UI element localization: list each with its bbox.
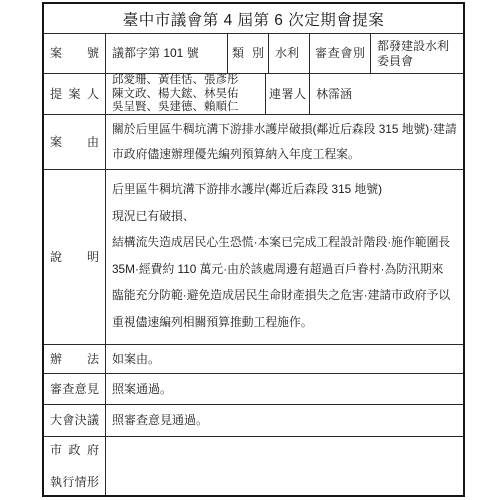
- subject-value: 關於后里區牛稠坑溝下游排水護岸破損(鄰近后森段 315 地號)·建請 市政府儘速…: [105, 115, 463, 169]
- committee-value: 都發建設水利委員會: [370, 34, 463, 73]
- description-value: 后里區牛稠坑溝下游排水護岸(鄰近后森段 315 地號)現況已有破損、 結構流失造…: [105, 170, 463, 344]
- resolution-value: 照審查意見通過。: [105, 405, 463, 436]
- review-label-cell: 審查意見: [44, 374, 105, 404]
- cosigner-label-cell: 連署人: [265, 74, 309, 114]
- subject-row: 案由 關於后里區牛稠坑溝下游排水護岸破損(鄰近后森段 315 地號)·建請 市政…: [44, 114, 463, 169]
- method-label: 辦法: [50, 352, 99, 367]
- committee-label: 審查會別: [315, 46, 365, 61]
- resolution-label: 大會決議: [50, 413, 99, 428]
- review-row: 審查意見 照案通過。: [44, 373, 463, 404]
- committee-label-cell: 審查會別: [309, 34, 370, 73]
- proposers-value: 邱愛珊、黃佳恬、張彥彤 陳文政、楊大鋐、林昊佑 吳呈賢、吳建德、賴順仁: [105, 74, 265, 114]
- case-number-label-cell: 案號: [44, 34, 105, 73]
- method-row: 辦法 如案由。: [44, 344, 463, 373]
- cosigner-value: 林霈涵: [309, 74, 463, 114]
- resolution-row: 大會決議 照審查意見通過。: [44, 404, 463, 436]
- case-number-row: 案號 議都字第 101 號 類別 水利 審查會別 都發建設水利委員會: [44, 33, 463, 73]
- document-title: 臺中市議會第 4 屆第 6 次定期會提案: [123, 8, 384, 30]
- execution-label-line2: 執行情形: [50, 475, 99, 490]
- category-value: 水利: [268, 34, 309, 73]
- proposers-row: 提案人 邱愛珊、黃佳恬、張彥彤 陳文政、楊大鋐、林昊佑 吳呈賢、吳建德、賴順仁 …: [44, 73, 463, 114]
- execution-label-line1: 市政府: [50, 443, 99, 458]
- proposers-label: 提案人: [50, 87, 99, 102]
- execution-value: [105, 437, 463, 495]
- execution-row: 市政府 執行情形: [44, 436, 463, 495]
- category-label-cell: 類別: [227, 34, 268, 73]
- title-row: 臺中市議會第 4 屆第 6 次定期會提案: [44, 4, 463, 33]
- execution-label-cell: 市政府 執行情形: [44, 437, 105, 495]
- case-number-label: 案號: [50, 46, 99, 61]
- description-label-cell: 說明: [44, 170, 105, 344]
- method-value: 如案由。: [105, 345, 463, 373]
- review-label: 審查意見: [50, 382, 99, 397]
- document-page: 臺中市議會第 4 屆第 6 次定期會提案 案號 議都字第 101 號 類別 水利…: [0, 0, 500, 500]
- method-label-cell: 辦法: [44, 345, 105, 373]
- subject-label: 案由: [50, 135, 99, 150]
- description-label: 說明: [50, 250, 99, 265]
- subject-label-cell: 案由: [44, 115, 105, 169]
- description-row: 說明 后里區牛稠坑溝下游排水護岸(鄰近后森段 315 地號)現況已有破損、 結構…: [44, 169, 463, 344]
- case-number-value: 議都字第 101 號: [105, 34, 227, 73]
- category-label: 類別: [232, 46, 264, 61]
- resolution-label-cell: 大會決議: [44, 405, 105, 436]
- review-value: 照案通過。: [105, 374, 463, 404]
- cosigner-label: 連署人: [269, 87, 306, 102]
- proposers-label-cell: 提案人: [44, 74, 105, 114]
- proposal-table: 臺中市議會第 4 屆第 6 次定期會提案 案號 議都字第 101 號 類別 水利…: [42, 2, 465, 497]
